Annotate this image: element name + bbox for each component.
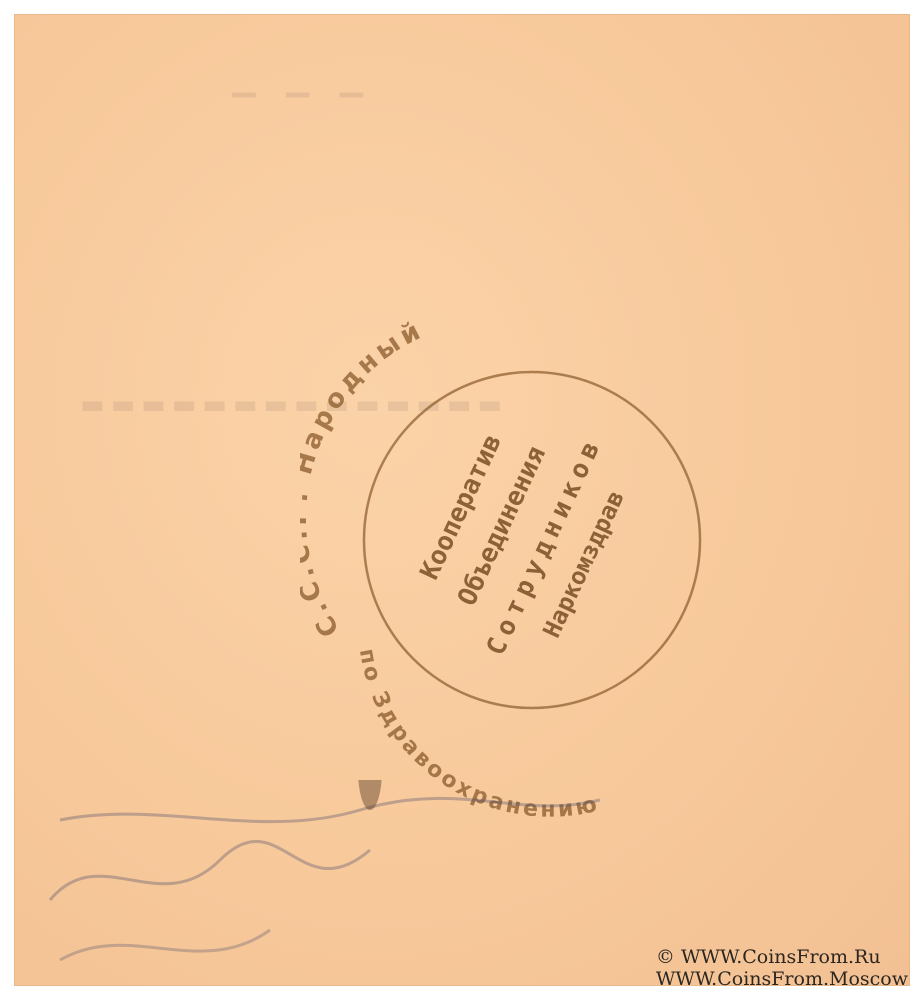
cooperative-stamp: С.С.С.Р. Народный по Здравоохранению Коо… [300, 300, 760, 820]
watermark: © WWW.CoinsFrom.Ru WWW.CoinsFrom.Moscow [656, 946, 908, 990]
stamp-outer-top-text: С.С.С.Р. Народный [300, 315, 429, 642]
bleed-through-text: ‒ ‒ ‒ [230, 70, 371, 116]
svg-text:С.С.С.Р. Народный: С.С.С.Р. Народный [300, 315, 429, 642]
watermark-line-2: WWW.CoinsFrom.Moscow [656, 968, 908, 990]
watermark-line-1: © WWW.CoinsFrom.Ru [656, 946, 908, 968]
signature-scribble [40, 780, 740, 980]
